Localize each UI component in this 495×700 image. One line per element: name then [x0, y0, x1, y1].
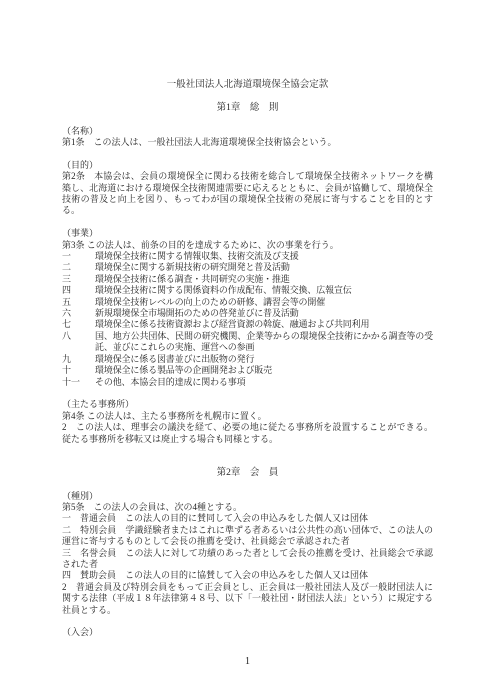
section-label-business: （事業）	[62, 228, 433, 239]
list-item-text: 環境保全に係る製品等の企画開発および販売	[95, 365, 433, 376]
chapter-2-heading: 第2章 会 員	[62, 468, 433, 479]
article-4-paragraph-2: 2 この法人は、理事会の議決を経て、必要の地に従たる事務所を設置することができる…	[62, 422, 433, 445]
section-label-purpose: （目的）	[62, 160, 433, 171]
list-item-number: 九	[62, 354, 95, 365]
article-3-list-item: 十一 その他、本協会目的達成に関わる事項	[62, 377, 433, 388]
list-item-text: 環境保全に関する新規技術の研究開発と普及活動	[95, 262, 433, 273]
list-item-number: 八	[62, 331, 95, 354]
list-item-text: 環境保全技術に関する情報収集、技術交流及び支援	[95, 251, 433, 262]
list-item-number: 六	[62, 308, 95, 319]
article-5-list-item: 二 特別会員 学識経験者またはこれに準ずる者あるいは公共性の高い団体で、この法人…	[62, 525, 433, 548]
document-page: 一般社団法人北海道環境保全協会定款 第1章 総 則 （名称） 第1条 この法人は…	[0, 0, 495, 700]
article-5-intro: 第5条 この法人の会員は、次の4種とする。	[62, 502, 433, 513]
list-item-text: 環境保全技術に関する関係資料の作成配布、情報交換、広報宣伝	[95, 285, 433, 296]
list-item-text: 新規環境保全市場開拓のための啓発並びに普及活動	[95, 308, 433, 319]
article-3-list-item: 六 新規環境保全市場開拓のための啓発並びに普及活動	[62, 308, 433, 319]
list-item-text: 環境保全に係る技術資源および経営資源の斡旋、融通および共同利用	[95, 319, 433, 330]
chapter-1-heading: 第1章 総 則	[62, 103, 433, 114]
article-3-list-item: 三 環境保全技術に係る調査・共同研究の実施・推進	[62, 274, 433, 285]
list-item-number: 二	[62, 262, 95, 273]
article-4-paragraph-1: 第4条 この法人は、主たる事務所を札幌市に置く。	[62, 411, 433, 422]
list-item-number: 七	[62, 319, 95, 330]
article-3-list-item: 八 国、地方公共団体、民間の研究機関、企業等からの環境保全技術にかかる調査等の受…	[62, 331, 433, 354]
section-label-admission: （入会）	[62, 627, 433, 638]
article-3-list-item: 五 環境保全技術レベルの向上のための研修、講習会等の開催	[62, 297, 433, 308]
list-item-number: 十	[62, 365, 95, 376]
list-item-text: 環境保全技術に係る調査・共同研究の実施・推進	[95, 274, 433, 285]
list-item-number: 四	[62, 285, 95, 296]
list-item-text: 国、地方公共団体、民間の研究機関、企業等からの環境保全技術にかかる調査等の受託、…	[95, 331, 433, 354]
article-3-intro: 第3条 この法人は、前条の目的を達成するために、次の事業を行う。	[62, 240, 433, 251]
article-5-list-item: 四 賛助会員 この法人の目的に協賛して入会の申込みをした個人又は団体	[62, 570, 433, 581]
article-5-paragraph-2: 2 普通会員及び特別会員をもって正会員とし、正会員は一般社団法人及び一般財団法人…	[62, 582, 433, 616]
page-number: 1	[0, 656, 495, 667]
document-title: 一般社団法人北海道環境保全協会定款	[62, 80, 433, 91]
article-2-paragraph: 第2条 本協会は、会員の環境保全に関わる技術を総合して環境保全技術ネットワークを…	[62, 171, 433, 217]
list-item-number: 五	[62, 297, 95, 308]
list-item-text: 環境保全に係る図書並びに出版物の発行	[95, 354, 433, 365]
section-label-type: （種別）	[62, 491, 433, 502]
list-item-number: 三	[62, 274, 95, 285]
section-label-office: （主たる事務所）	[62, 399, 433, 410]
article-3-list-item: 十 環境保全に係る製品等の企画開発および販売	[62, 365, 433, 376]
article-3-list-item: 二 環境保全に関する新規技術の研究開発と普及活動	[62, 262, 433, 273]
article-3-list-item: 七 環境保全に係る技術資源および経営資源の斡旋、融通および共同利用	[62, 319, 433, 330]
list-item-text: その他、本協会目的達成に関わる事項	[95, 377, 433, 388]
article-3-list-item: 一 環境保全技術に関する情報収集、技術交流及び支援	[62, 251, 433, 262]
list-item-number: 一	[62, 251, 95, 262]
article-1-paragraph: 第1条 この法人は、一般社団法人北海道環境保全技術協会という。	[62, 137, 433, 148]
article-5-list-item: 一 普通会員 この法人の目的に賛同して入会の申込みをした個人又は団体	[62, 513, 433, 524]
document-content: 一般社団法人北海道環境保全協会定款 第1章 総 則 （名称） 第1条 この法人は…	[62, 80, 433, 639]
list-item-number: 十一	[62, 377, 95, 388]
article-3-list-item: 九 環境保全に係る図書並びに出版物の発行	[62, 354, 433, 365]
section-label-name: （名称）	[62, 126, 433, 137]
article-3-list-item: 四 環境保全技術に関する関係資料の作成配布、情報交換、広報宣伝	[62, 285, 433, 296]
article-5-list-item: 三 名誉会員 この法人に対して功績のあった者として会長の推薦を受け、社員総会で承…	[62, 548, 433, 571]
list-item-text: 環境保全技術レベルの向上のための研修、講習会等の開催	[95, 297, 433, 308]
